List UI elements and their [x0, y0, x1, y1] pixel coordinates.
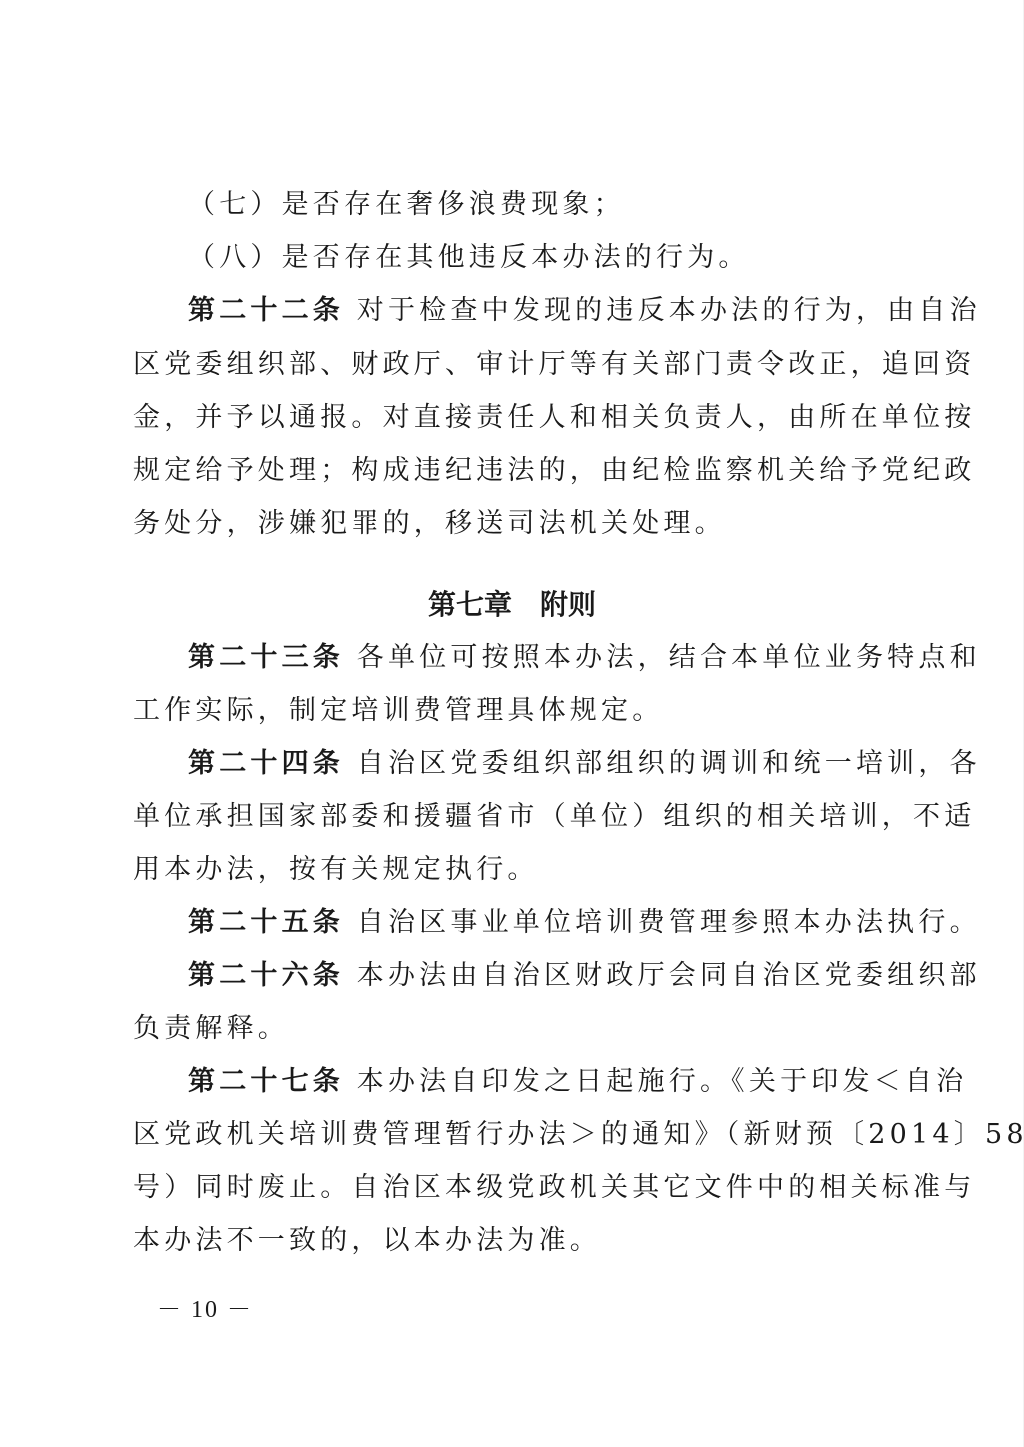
line-text: 本办法不一致的，以本办法为准。	[133, 1225, 601, 1256]
text-line: 工作实际，制定培训费管理具体规定。	[133, 684, 663, 737]
document-page: 第七章 附则 （七）是否存在奢侈浪费现象；（八）是否存在其他违反本办法的行为。第…	[0, 0, 1024, 1447]
article-number: 第二十六条	[188, 960, 344, 991]
line-text: 金，并予以通报。对直接责任人和相关负责人，由所在单位按	[133, 402, 975, 433]
text-line: 务处分，涉嫌犯罪的，移送司法机关处理。	[133, 497, 726, 550]
line-text: 自治区党委组织部组织的调训和统一培训，各	[344, 748, 981, 779]
line-text: 单位承担国家部委和援疆省市（单位）组织的相关培训，不适	[133, 801, 975, 832]
text-line: 规定给予处理；构成违纪违法的，由纪检监察机关给予党纪政	[133, 444, 975, 497]
line-text: 各单位可按照本办法，结合本单位业务特点和	[344, 642, 981, 673]
text-line: 用本办法，按有关规定执行。	[133, 843, 539, 896]
line-text: 区党政机关培训费管理暂行办法＞的通知》（新财预〔2014〕58	[133, 1119, 1024, 1150]
line-text: 本办法由自治区财政厅会同自治区党委组织部	[344, 960, 981, 991]
article-line: 第二十三条 各单位可按照本办法，结合本单位业务特点和	[188, 631, 981, 684]
article-line: 第二十四条 自治区党委组织部组织的调训和统一培训，各	[188, 737, 981, 790]
line-text: 务处分，涉嫌犯罪的，移送司法机关处理。	[133, 508, 726, 539]
text-line: 本办法不一致的，以本办法为准。	[133, 1214, 601, 1267]
text-line: 单位承担国家部委和援疆省市（单位）组织的相关培训，不适	[133, 790, 975, 843]
line-text: 用本办法，按有关规定执行。	[133, 854, 539, 885]
article-line: 第二十六条 本办法由自治区财政厅会同自治区党委组织部	[188, 949, 981, 1002]
article-number: 第二十七条	[188, 1066, 344, 1097]
article-number: 第二十三条	[188, 642, 344, 673]
line-text: 号）同时废止。自治区本级党政机关其它文件中的相关标准与	[133, 1172, 975, 1203]
line-text: 区党委组织部、财政厅、审计厅等有关部门责令改正，追回资	[133, 349, 975, 380]
line-text: 自治区事业单位培训费管理参照本办法执行。	[344, 907, 981, 938]
text-line: 区党委组织部、财政厅、审计厅等有关部门责令改正，追回资	[133, 338, 975, 391]
chapter-title: 第七章 附则	[0, 578, 1024, 631]
text-line: （七）是否存在奢侈浪费现象；	[188, 178, 625, 231]
text-line: （八）是否存在其他违反本办法的行为。	[188, 231, 750, 284]
article-line: 第二十七条 本办法自印发之日起施行。《关于印发＜自治	[188, 1055, 967, 1108]
article-line: 第二十五条 自治区事业单位培训费管理参照本办法执行。	[188, 896, 981, 949]
text-line: 金，并予以通报。对直接责任人和相关负责人，由所在单位按	[133, 391, 975, 444]
text-line: 区党政机关培训费管理暂行办法＞的通知》（新财预〔2014〕58	[133, 1108, 1024, 1161]
article-number: 第二十四条	[188, 748, 344, 779]
line-text: 对于检查中发现的违反本办法的行为，由自治	[344, 295, 981, 326]
line-text: 负责解释。	[133, 1013, 289, 1044]
article-number: 第二十五条	[188, 907, 344, 938]
text-line: 负责解释。	[133, 1002, 289, 1055]
line-text: 工作实际，制定培训费管理具体规定。	[133, 695, 663, 726]
line-text: （七）是否存在奢侈浪费现象；	[188, 189, 625, 220]
page-number: － 10 －	[157, 1290, 253, 1330]
line-text: （八）是否存在其他违反本办法的行为。	[188, 242, 750, 273]
article-number: 第二十二条	[188, 295, 344, 326]
line-text: 规定给予处理；构成违纪违法的，由纪检监察机关给予党纪政	[133, 455, 975, 486]
text-line: 号）同时废止。自治区本级党政机关其它文件中的相关标准与	[133, 1161, 975, 1214]
article-line: 第二十二条 对于检查中发现的违反本办法的行为，由自治	[188, 284, 981, 337]
line-text: 本办法自印发之日起施行。《关于印发＜自治	[344, 1066, 967, 1097]
